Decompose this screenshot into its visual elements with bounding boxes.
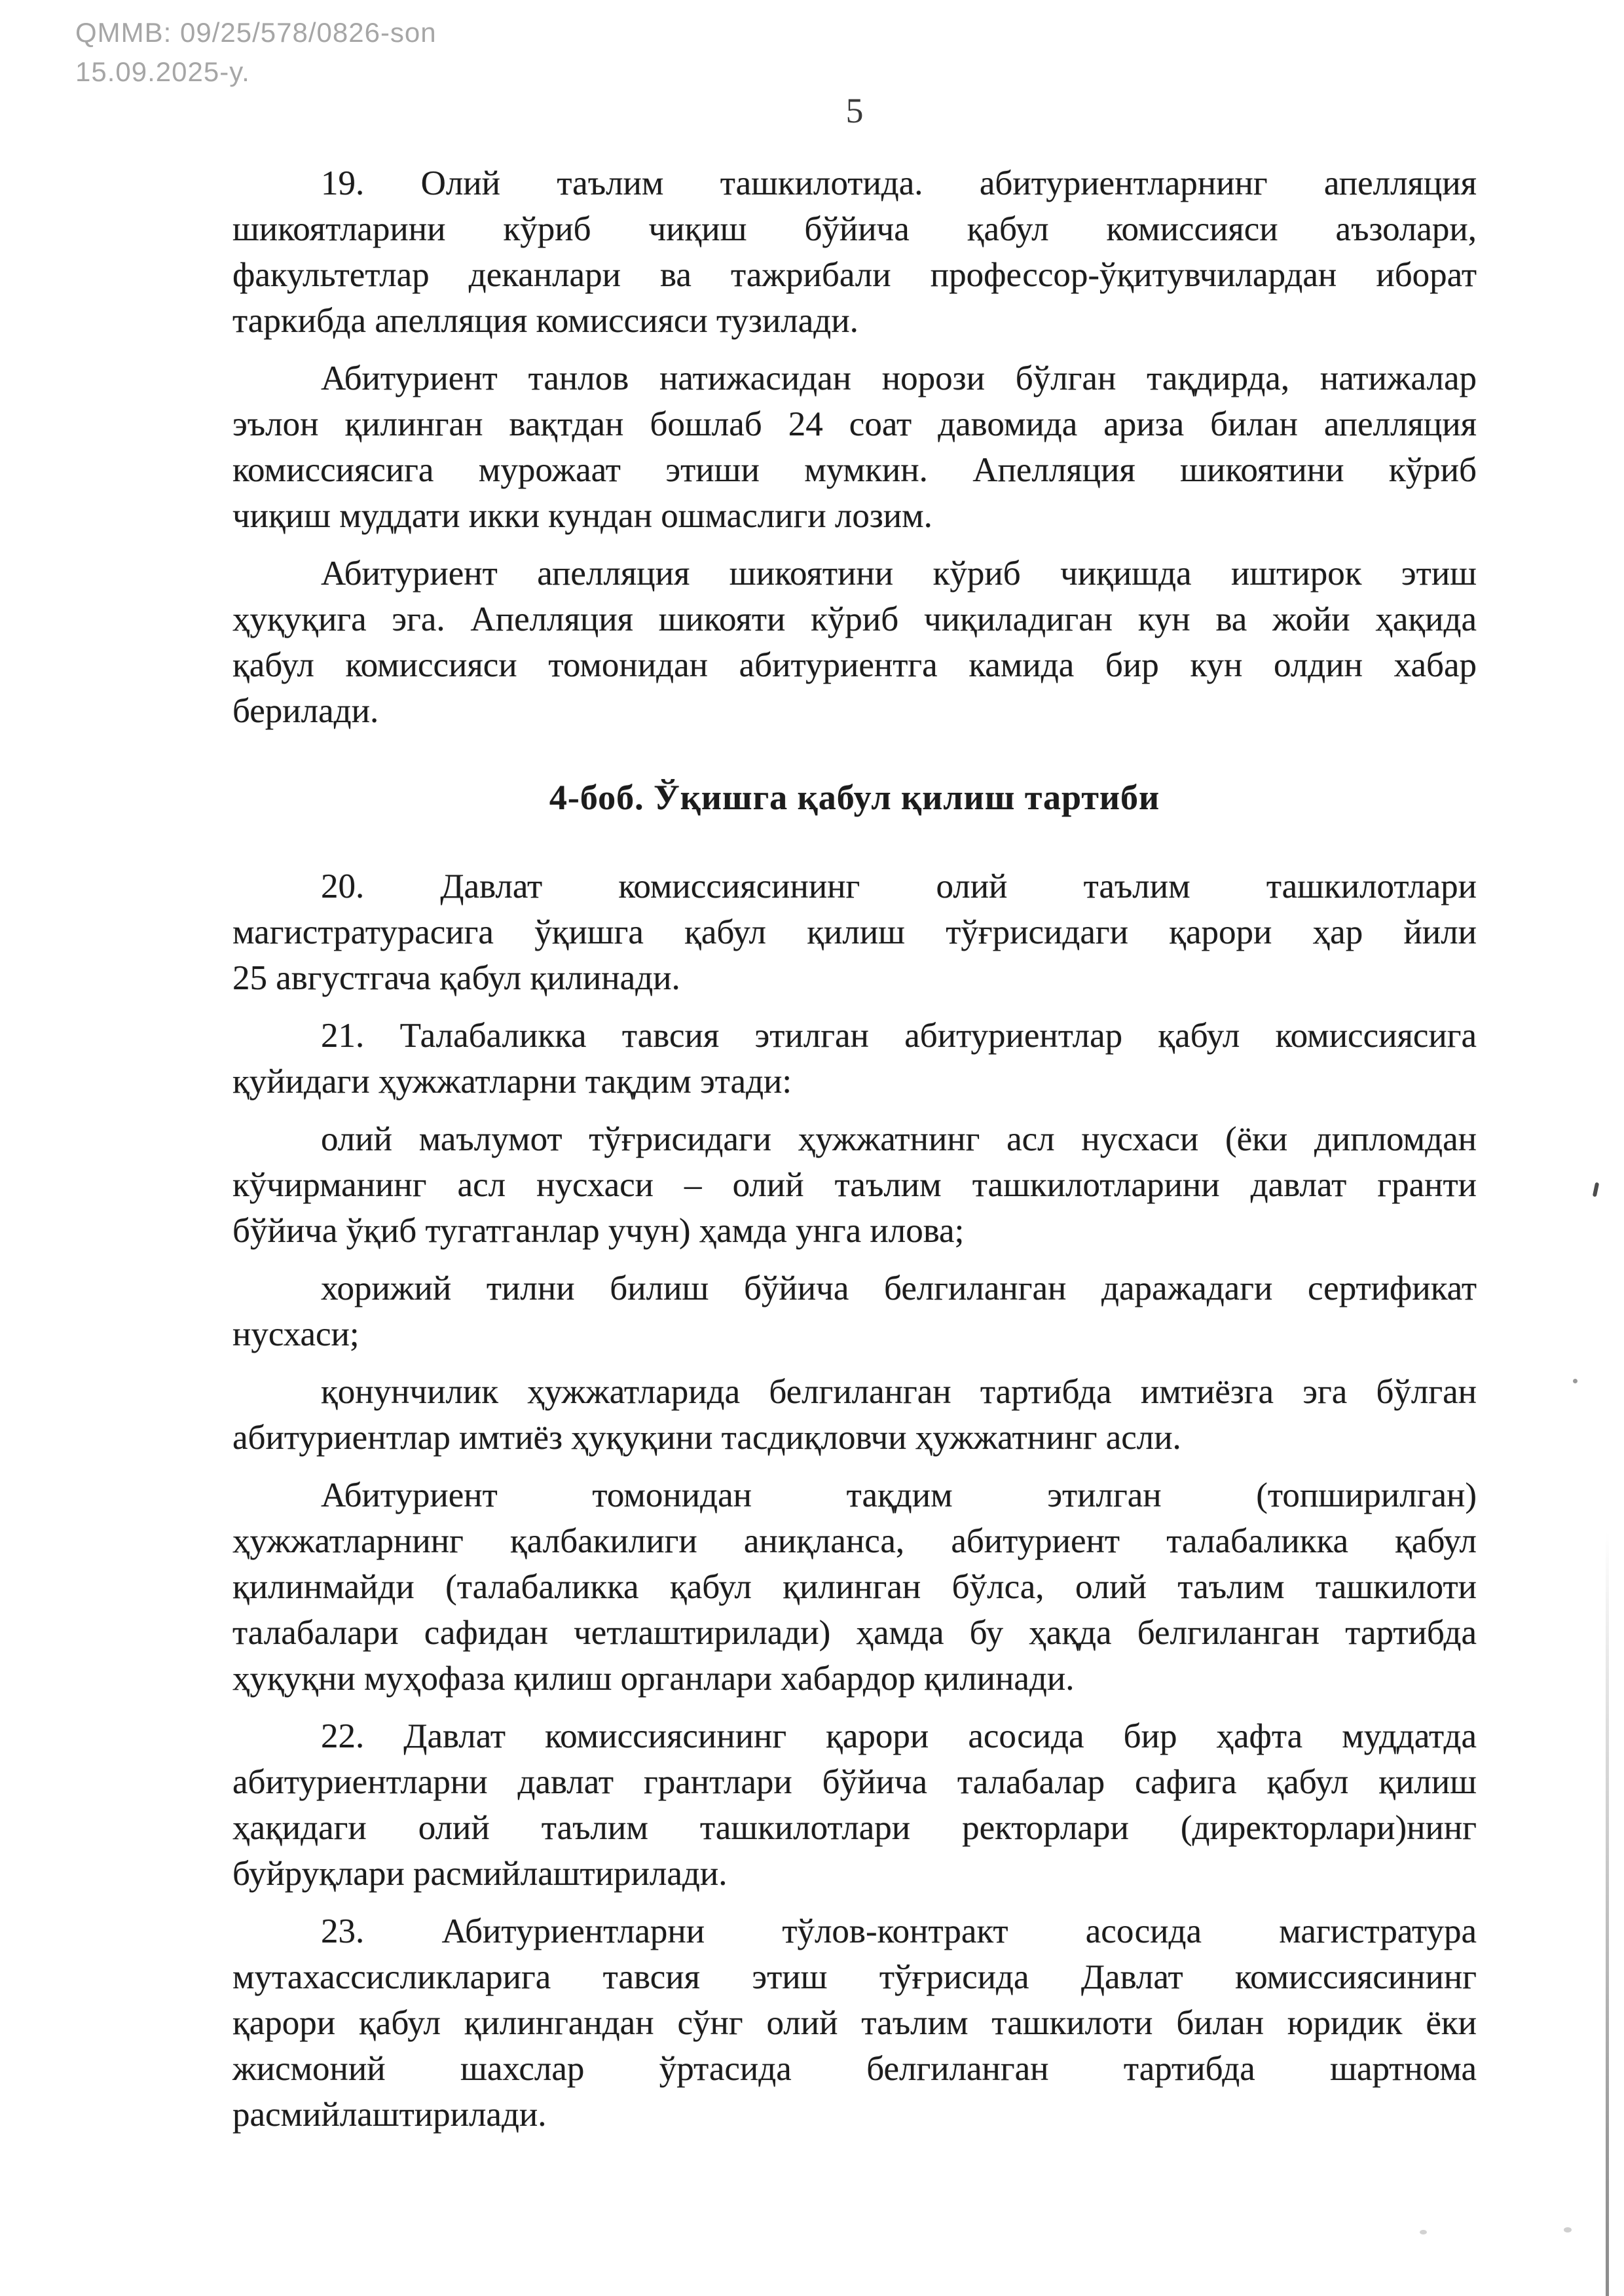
paragraph: Абитуриент апелляция шикоятини кўриб чиқ… bbox=[232, 551, 1477, 734]
scan-artifact-edge-line bbox=[1606, 1532, 1609, 2296]
paragraph: Абитуриент танлов натижасидан норози бўл… bbox=[232, 355, 1477, 539]
text-line: абитуриентлар имтиёз ҳуқуқини тасдиқловч… bbox=[232, 1415, 1477, 1461]
paragraph: Абитуриент томонидан тақдим этилган (топ… bbox=[232, 1472, 1477, 1702]
text-line: ҳужжатларнинг қалбакилиги аниқланса, аби… bbox=[232, 1518, 1477, 1564]
text-line: 22. Давлат комиссиясининг қарори асосида… bbox=[232, 1713, 1477, 1759]
text-line: қуйидаги ҳужжатларни тақдим этади: bbox=[232, 1059, 1477, 1104]
text-line: қонунчилик ҳужжатларида белгиланган тарт… bbox=[232, 1369, 1477, 1415]
text-line: хорижий тилни билиш бўйича белгиланган д… bbox=[232, 1266, 1477, 1311]
text-line: таркибда апелляция комиссияси тузилади. bbox=[232, 298, 1477, 344]
text-line: ҳақидаги олий таълим ташкилотлари ректор… bbox=[232, 1805, 1477, 1851]
text-line: магистратурасига ўқишга қабул қилиш тўғр… bbox=[232, 909, 1477, 955]
paragraph: 23. Абитуриентларни тўлов-контракт асоси… bbox=[232, 1908, 1477, 2138]
text-line: бўйича ўқиб тугатганлар учун) ҳамда унга… bbox=[232, 1208, 1477, 1254]
text-line: 4-боб. Ўқишга қабул қилиш тартиби bbox=[232, 774, 1477, 820]
scan-artifact-dot bbox=[1564, 2227, 1572, 2232]
text-line: қабул комиссияси томонидан абитуриентга … bbox=[232, 642, 1477, 688]
scan-artifact-dot bbox=[1573, 1379, 1578, 1383]
paragraph: хорижий тилни билиш бўйича белгиланган д… bbox=[232, 1266, 1477, 1357]
paragraph: 22. Давлат комиссиясининг қарори асосида… bbox=[232, 1713, 1477, 1897]
text-line: 20. Давлат комиссиясининг олий таълим та… bbox=[232, 864, 1477, 909]
scan-artifact-tick-mark bbox=[1593, 1182, 1599, 1197]
page-number: 5 bbox=[232, 90, 1477, 131]
text-line: 21. Талабаликка тавсия этилган абитуриен… bbox=[232, 1013, 1477, 1059]
scan-artifact-dot bbox=[1420, 2230, 1427, 2234]
text-line: нусхаси; bbox=[232, 1311, 1477, 1357]
text-line: қилинмайди (талабаликка қабул қилинган б… bbox=[232, 1564, 1477, 1610]
scan-header: QMMB: 09/25/578/0826-son 15.09.2025-y. bbox=[75, 13, 437, 92]
text-line: комиссиясига мурожаат этиши мумкин. Апел… bbox=[232, 447, 1477, 493]
text-line: кўчирманинг асл нусхаси – олий таълим та… bbox=[232, 1162, 1477, 1208]
text-line: берилади. bbox=[232, 688, 1477, 734]
text-line: эълон қилинган вақтдан бошлаб 24 соат да… bbox=[232, 401, 1477, 447]
paragraph: қонунчилик ҳужжатларида белгиланган тарт… bbox=[232, 1369, 1477, 1461]
text-line: Абитуриент томонидан тақдим этилган (топ… bbox=[232, 1472, 1477, 1518]
scan-header-date: 15.09.2025-y. bbox=[75, 52, 437, 92]
text-line: қарори қабул қилингандан сўнг олий таъли… bbox=[232, 2000, 1477, 2046]
text-line: жисмоний шахслар ўртасида белгиланган та… bbox=[232, 2046, 1477, 2092]
text-line: мутахассисликларига тавсия этиш тўғрисид… bbox=[232, 1954, 1477, 2000]
paragraph: 20. Давлат комиссиясининг олий таълим та… bbox=[232, 864, 1477, 1001]
text-line: 23. Абитуриентларни тўлов-контракт асоси… bbox=[232, 1908, 1477, 1954]
text-line: абитуриентларни давлат грантлари бўйича … bbox=[232, 1759, 1477, 1805]
text-line: Абитуриент танлов натижасидан норози бўл… bbox=[232, 355, 1477, 401]
text-line: ҳуқуқни муҳофаза қилиш органлари хабардо… bbox=[232, 1656, 1477, 1702]
paragraph: 19. Олий таълим ташкилотида. абитуриентл… bbox=[232, 160, 1477, 344]
text-line: расмийлаштирилади. bbox=[232, 2092, 1477, 2138]
document-page: QMMB: 09/25/578/0826-son 15.09.2025-y. 5… bbox=[0, 0, 1624, 2296]
text-line: олий маълумот тўғрисидаги ҳужжатнинг асл… bbox=[232, 1116, 1477, 1162]
text-line: чиқиш муддати икки кундан ошмаслиги лози… bbox=[232, 493, 1477, 539]
paragraph: олий маълумот тўғрисидаги ҳужжатнинг асл… bbox=[232, 1116, 1477, 1254]
text-line: буйруқлари расмийлаштирилади. bbox=[232, 1851, 1477, 1897]
text-line: факультетлар деканлари ва тажрибали проф… bbox=[232, 252, 1477, 298]
scan-header-doc-number: QMMB: 09/25/578/0826-son bbox=[75, 13, 437, 52]
section-heading: 4-боб. Ўқишга қабул қилиш тартиби bbox=[232, 774, 1477, 820]
text-line: талабалари сафидан четлаштирилади) ҳамда… bbox=[232, 1610, 1477, 1656]
text-line: шикоятларини кўриб чиқиш бўйича қабул ко… bbox=[232, 206, 1477, 252]
text-line: ҳуқуқига эга. Апелляция шикояти кўриб чи… bbox=[232, 596, 1477, 642]
text-line: Абитуриент апелляция шикоятини кўриб чиқ… bbox=[232, 551, 1477, 596]
text-line: 25 августгача қабул қилинади. bbox=[232, 955, 1477, 1001]
document-body: 19. Олий таълим ташкилотида. абитуриентл… bbox=[232, 160, 1477, 2149]
text-line: 19. Олий таълим ташкилотида. абитуриентл… bbox=[232, 160, 1477, 206]
paragraph: 21. Талабаликка тавсия этилган абитуриен… bbox=[232, 1013, 1477, 1104]
